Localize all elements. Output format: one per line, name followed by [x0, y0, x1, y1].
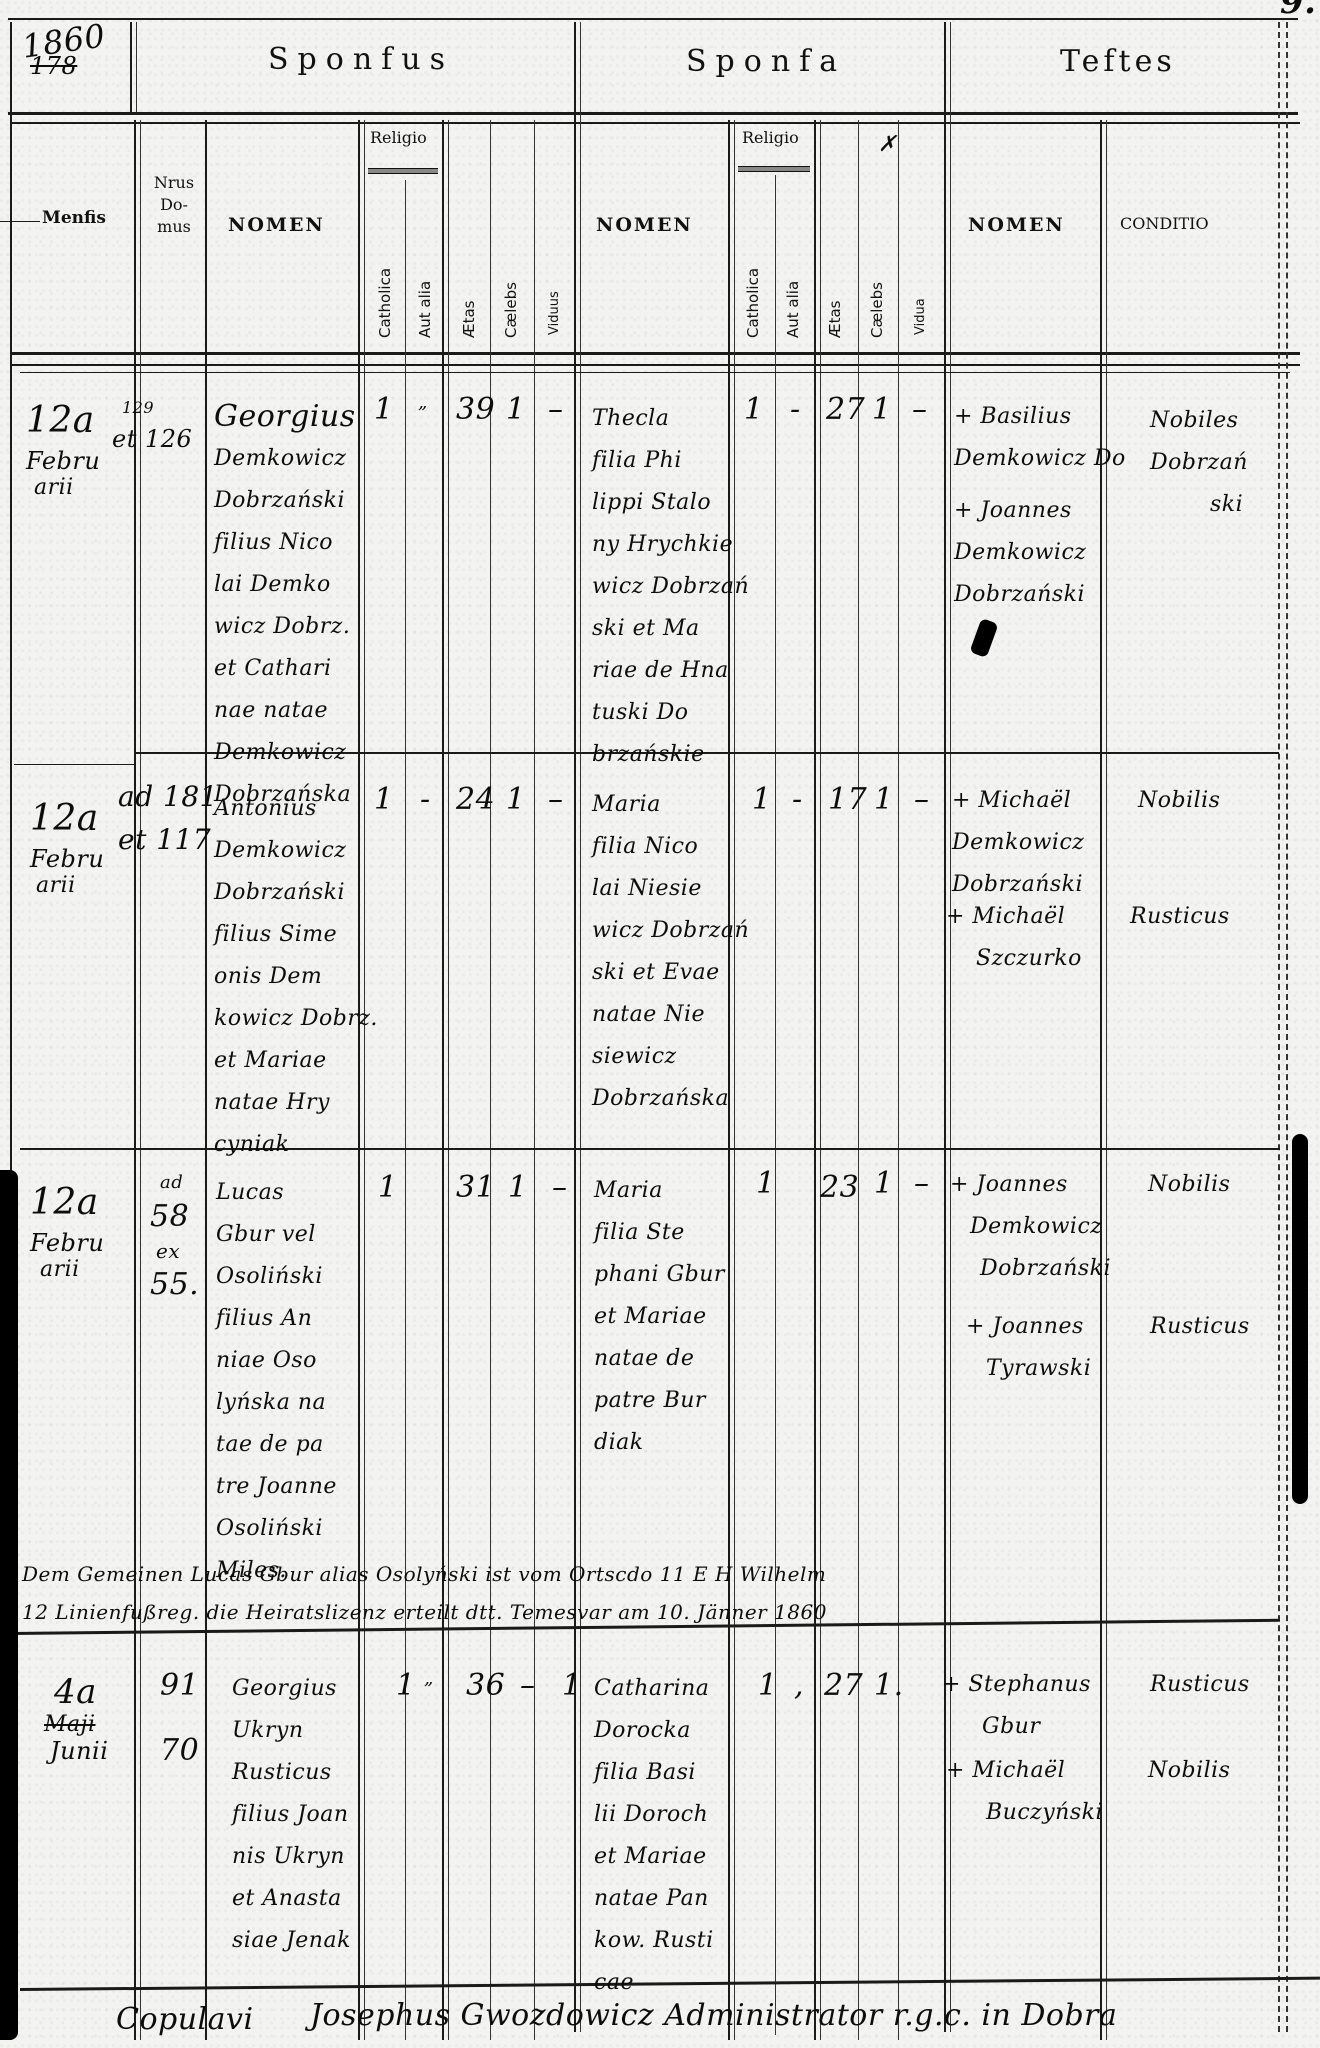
entry3-sponsus-catholica: 1	[378, 1170, 398, 1205]
entry3-domus: ad 58 ex 55.	[150, 1166, 199, 1302]
sponsus-nomen-header: NOMEN	[228, 214, 325, 236]
entry1-sponsus-nomen: Georgius Demkowicz Dobrzański filius Nic…	[214, 396, 356, 816]
entry1-sponsa-catholica: 1	[744, 392, 764, 427]
entry3-sponsa-catholica: 1	[756, 1166, 776, 1201]
entry3-sponsa-vidua: –	[914, 1166, 930, 1201]
entry1-date: 12a Febru arii	[26, 400, 100, 500]
sponsus-aetas-header: Ætas	[460, 301, 478, 339]
entry2-sponsus-nomen: Antonius Demkowicz Dobrzański filius Sim…	[214, 788, 378, 1166]
entry4-sponsus-caelebs: –	[520, 1668, 536, 1703]
entry3-sponsa-nomen: Maria filia Ste phani Gbur et Mariae nat…	[594, 1170, 725, 1464]
ink-blot	[969, 618, 998, 658]
entry4-sponsa-aetas: 27	[824, 1668, 863, 1703]
sponsa-aut-alia-header: Aut alia	[784, 281, 802, 338]
entry3-note-line1: Dem Gemeinen Lucas Gbur alias Osolyński …	[22, 1562, 826, 1586]
entry4-testis1-nomen: + Stephanus Gbur	[942, 1664, 1091, 1748]
sponsus-religio-header: Religio	[370, 128, 427, 147]
entry4-sponsus-nomen: Georgius Ukryn Rusticus filius Joan nis …	[232, 1668, 351, 1962]
entry3-sponsa-caelebs: 1	[874, 1166, 894, 1201]
entry4-sponsus-aut-alia: „	[424, 1668, 434, 1689]
entry2-sponsus-catholica: 1	[374, 782, 394, 817]
sponsa-caelebs-header: Cælebs	[868, 282, 886, 338]
entry4-sponsus-catholica: 1	[396, 1668, 416, 1703]
entry2-sponsa-aut-alia: -	[792, 782, 803, 817]
sponsus-caelebs-header: Cælebs	[502, 282, 520, 338]
entry4-sponsus-viduus: 1	[562, 1668, 582, 1703]
testes-title: Teftes	[1060, 44, 1176, 79]
entry1-sponsus-aetas: 39	[456, 392, 495, 427]
entry1-sponsus-caelebs: 1	[506, 392, 526, 427]
entry2-sponsa-nomen: Maria filia Nico lai Niesie wicz Dobrzań…	[592, 784, 749, 1120]
entry1-testis2-nomen: + Joannes Demkowicz Dobrzański	[954, 490, 1086, 616]
sponsa-nomen-header: NOMEN	[596, 214, 693, 236]
entry2-testis2-nomen: + Michaël Szczurko	[946, 896, 1082, 980]
sponsus-catholica-header: Catholica	[376, 268, 394, 338]
year-struck: 178	[30, 52, 77, 80]
sponsa-aetas-header: Ætas	[826, 301, 844, 339]
testes-nomen-header: NOMEN	[968, 214, 1065, 236]
entry2-testis1-nomen: + Michaël Demkowicz Dobrzański	[952, 780, 1084, 906]
entry3-note-line2: 12 Linienfußreg. die Heiratslizenz ertei…	[22, 1600, 827, 1624]
entry2-sponsus-aut-alia: -	[420, 782, 431, 817]
entry3-sponsus-nomen: Lucas Gbur vel Osoliński filius An niae …	[216, 1172, 337, 1592]
entry3-testis1-nomen: + Joannes Demkowicz Dobrzański	[950, 1164, 1111, 1290]
testes-conditio-header: CONDITIO	[1120, 214, 1209, 233]
copulator-name: Josephus Gwozdowicz Administrator r.g.c.…	[310, 1998, 1117, 2033]
entry3-sponsus-caelebs: 1	[508, 1170, 528, 1205]
entry2-testis1-conditio: Nobilis	[1138, 780, 1220, 822]
sponsus-aut-alia-header: Aut alia	[416, 281, 434, 338]
entry2-sponsus-caelebs: 1	[506, 782, 526, 817]
sponsus-title: Sponfus	[268, 42, 454, 77]
entry2-sponsa-vidua: –	[914, 782, 930, 817]
entry4-sponsa-nomen: Catharina Dorocka filia Basi lii Doroch …	[594, 1668, 714, 2004]
sponsa-religio-header: Religio	[742, 128, 799, 147]
entry1-domus: 129 et 126	[112, 398, 192, 453]
entry3-sponsus-aetas: 31	[456, 1170, 495, 1205]
entry2-date: 12a Febru arii	[30, 798, 104, 898]
mensis-header: Menfis	[42, 208, 106, 228]
scan-edge-bar-right	[1292, 1134, 1308, 1504]
entry2-sponsa-aetas: 17	[828, 782, 867, 817]
entry1-testes-conditio: Nobiles Dobrzań ski	[1150, 400, 1248, 526]
copulator-label: Copulavi	[116, 2002, 254, 2037]
entry2-sponsa-catholica: 1	[752, 782, 772, 817]
entry2-testis2-conditio: Rusticus	[1130, 896, 1230, 938]
entry2-sponsus-viduus: –	[548, 782, 564, 817]
entry1-sponsus-viduus: –	[548, 392, 564, 427]
entry2-domus: ad 181 et 117	[118, 780, 218, 856]
entry3-sponsus-viduus: –	[552, 1170, 568, 1205]
entry4-testis2-conditio: Nobilis	[1148, 1750, 1230, 1792]
entry3-testis1-conditio: Nobilis	[1148, 1164, 1230, 1206]
entry4-sponsa-caelebs: 1.	[874, 1668, 904, 1703]
entry3-sponsa-aetas: 23	[820, 1170, 859, 1205]
entry1-sponsa-caelebs: 1	[872, 392, 892, 427]
entry4-date: 4a Maji Junii	[54, 1672, 108, 1765]
entry1-sponsa-aetas: 27	[826, 392, 865, 427]
entry4-sponsa-catholica: 1	[758, 1668, 778, 1703]
entry1-sponsa-nomen: Theclа filia Phi lippi Stalo ny Hrychkie…	[592, 398, 749, 776]
sponsa-header-mark: ✗	[878, 132, 897, 157]
entry4-sponsus-aetas: 36	[466, 1668, 505, 1703]
entry1-sponsus-aut-alia: „	[418, 392, 428, 413]
entry1-sponsus-catholica: 1	[374, 392, 394, 427]
entry3-testis2-conditio: Rusticus	[1150, 1306, 1250, 1348]
entry2-sponsus-aetas: 24	[456, 782, 495, 817]
sponsa-title: Sponfa	[686, 44, 846, 79]
sponsa-catholica-header: Catholica	[744, 268, 762, 338]
entry1-testis1-nomen: + Basilius Demkowicz Do	[954, 396, 1126, 480]
entry3-date: 12a Febru arii	[30, 1182, 104, 1282]
entry4-domus: 91 70	[160, 1668, 199, 1768]
entry4-sponsa-aut-alia: ,	[794, 1668, 804, 1703]
entry3-testis2-nomen: + Joannes Tyrawski	[966, 1306, 1091, 1390]
scan-edge-bar-left	[0, 1170, 18, 2040]
sponsa-vidua-header: Vidua	[913, 298, 928, 335]
entry1-sponsa-aut-alia: -	[790, 392, 801, 427]
entry4-testis2-nomen: + Michaël Buczyński	[946, 1750, 1103, 1834]
sponsus-viduus-header: Viduus	[547, 291, 562, 335]
entry1-sponsa-vidua: –	[912, 392, 928, 427]
nrus-domus-header: Nrus Do- mus	[146, 172, 202, 238]
entry4-testis1-conditio: Rusticus	[1150, 1664, 1250, 1706]
entry2-sponsa-caelebs: 1	[874, 782, 894, 817]
register-page: 1860 178 9. Sponfus Sponfa Teftes Menfis…	[0, 0, 1320, 2048]
